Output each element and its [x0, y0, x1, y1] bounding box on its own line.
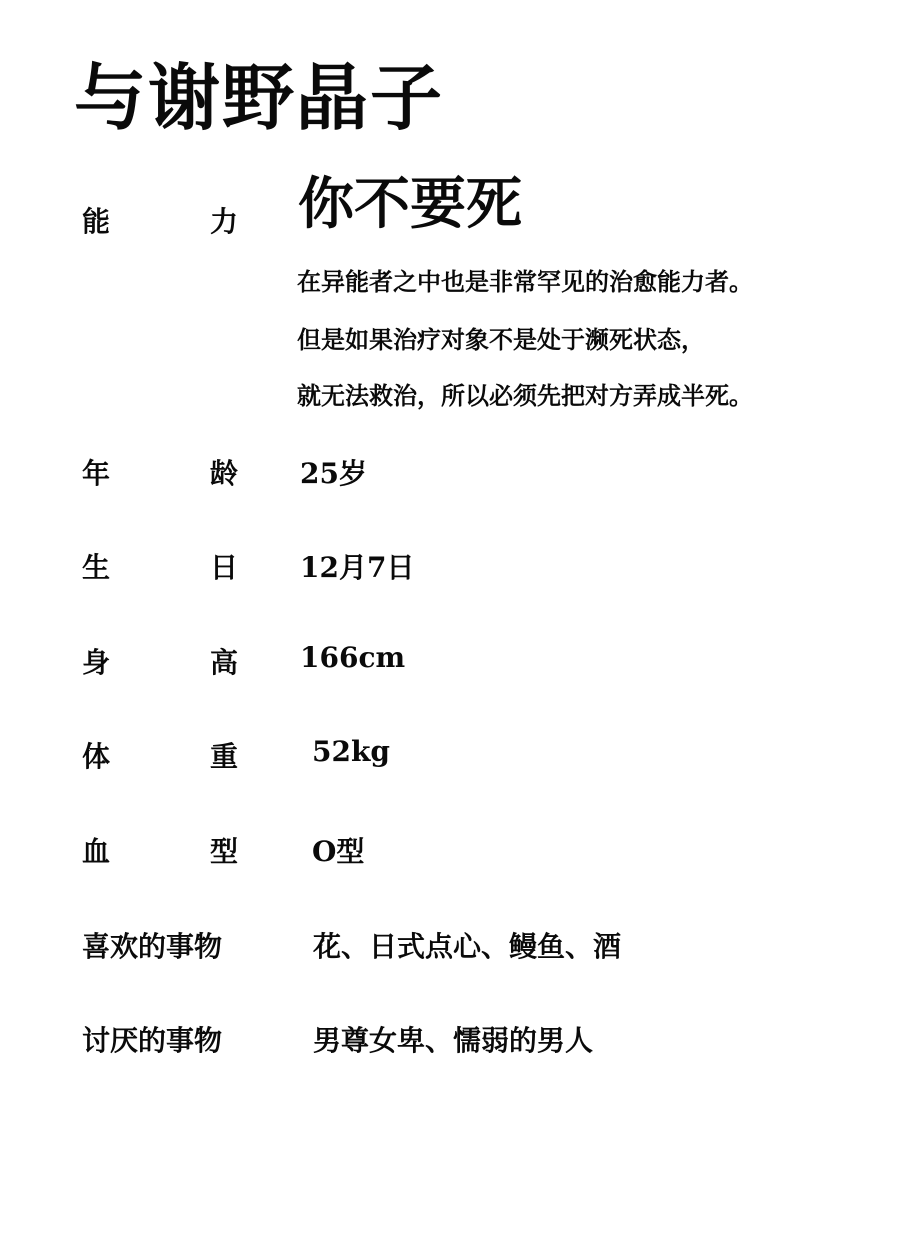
height-value: 166cm [300, 641, 405, 674]
dislikes-value: 男尊女卑、懦弱的男人 [313, 1019, 593, 1059]
ability-description-line: 但是如果治疗对象不是处于濒死状态， [297, 320, 705, 355]
blood-type-value: O型 [312, 830, 364, 870]
birthday-label: 生 日 [82, 546, 238, 586]
label-char: 生 [82, 546, 110, 586]
label-char: 重 [210, 735, 238, 775]
label-char: 日 [210, 546, 238, 586]
likes-row: 喜欢的事物 [82, 925, 238, 965]
character-name-title: 与谢野晶子 [74, 62, 444, 134]
likes-value: 花、日式点心、鳗鱼、酒 [313, 925, 621, 965]
blood-type-label: 血 型 [82, 830, 238, 870]
age-value: 25岁 [300, 452, 367, 492]
label-char: 高 [210, 641, 238, 681]
blood-type-row: 血 型 [82, 830, 238, 870]
weight-label: 体 重 [82, 735, 238, 775]
label-char: 龄 [210, 452, 238, 492]
ability-row: 能 力 [82, 200, 238, 240]
age-row: 年 龄 [82, 452, 238, 492]
label-char: 体 [82, 735, 110, 775]
label-char: 力 [210, 200, 238, 240]
birthday-row: 生 日 [82, 546, 238, 586]
height-row: 身 高 [82, 641, 238, 681]
dislikes-row: 讨厌的事物 [82, 1019, 238, 1059]
ability-label: 能 力 [82, 200, 238, 240]
label-char: 型 [210, 830, 238, 870]
ability-description-line: 就无法救治，所以必须先把对方弄成半死。 [297, 376, 753, 411]
likes-label: 喜欢的事物 [82, 925, 238, 965]
label-char: 年 [82, 452, 110, 492]
label-char: 血 [82, 830, 110, 870]
weight-value: 52kg [312, 735, 390, 768]
weight-row: 体 重 [82, 735, 238, 775]
ability-name: 你不要死 [298, 176, 522, 232]
dislikes-label: 讨厌的事物 [82, 1019, 238, 1059]
age-label: 年 龄 [82, 452, 238, 492]
label-char: 身 [82, 641, 110, 681]
birthday-value: 12月7日 [300, 546, 414, 586]
ability-description-line: 在异能者之中也是非常罕见的治愈能力者。 [297, 262, 753, 297]
height-label: 身 高 [82, 641, 238, 681]
label-char: 能 [82, 200, 110, 240]
